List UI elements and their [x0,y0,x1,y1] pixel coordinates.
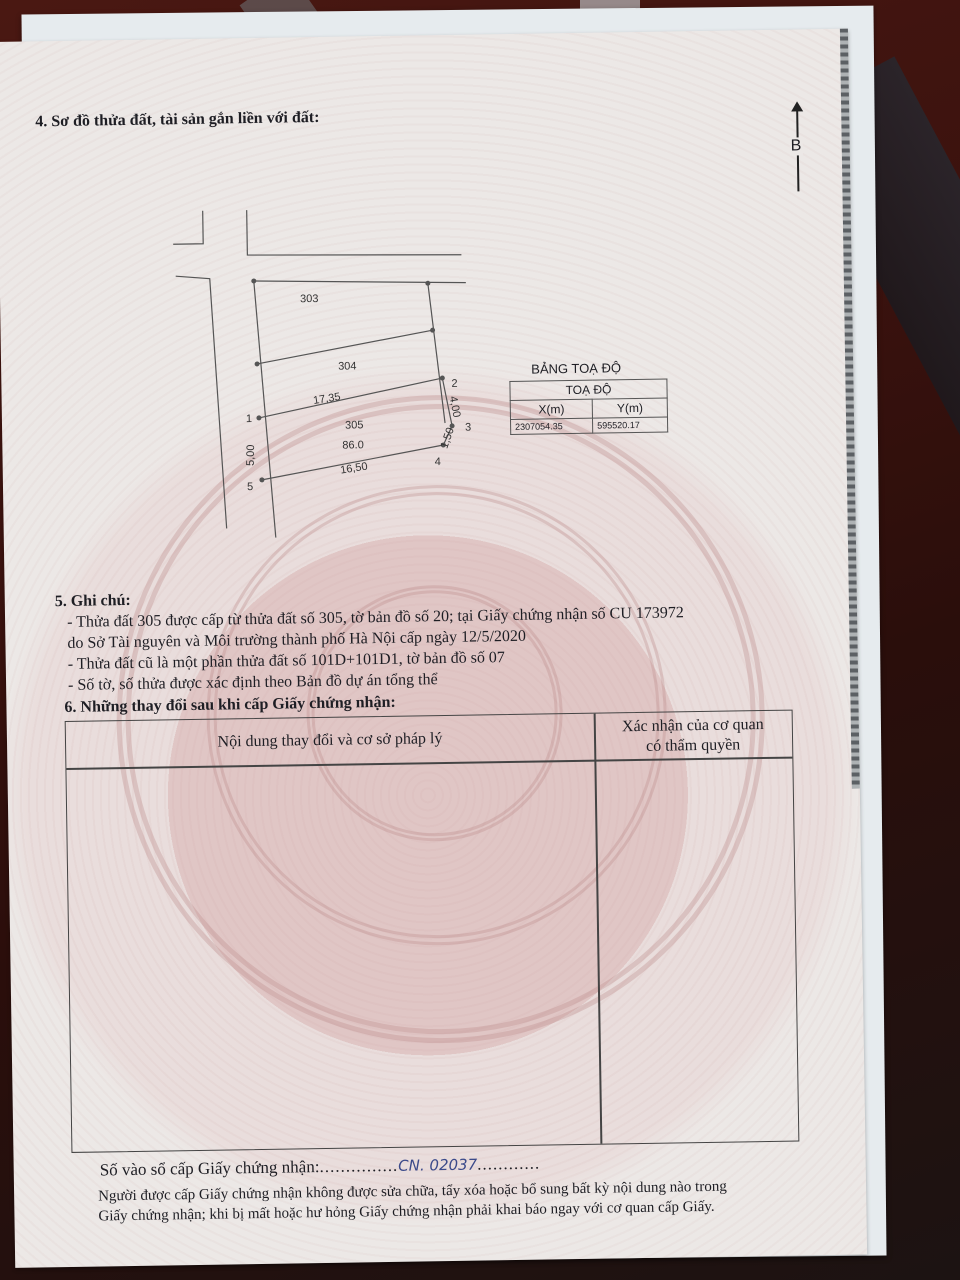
table-row: 2307054.35 595520.17 [510,417,667,434]
svg-text:5: 5 [247,481,253,493]
svg-text:3: 3 [465,422,471,434]
column-header-y: Y(m) [592,398,667,418]
svg-text:2: 2 [451,378,457,390]
cell-x: 2307054.35 [510,418,592,434]
changes-column-confirmation: Xác nhận của cơ quan có thẩm quyền [594,715,793,758]
cell-y: 595520.17 [593,417,668,433]
section6-title: 6. Những thay đổi sau khi cấp Giấy chứng… [64,694,396,717]
registration-number: Số vào sổ cấp Giấy chứng nhận:..........… [100,1154,541,1181]
svg-text:4: 4 [435,456,441,468]
parcel-diagram: 303 304 305 86.0 1 2 3 4 5 17,35 4,00 1,… [158,174,504,539]
coordinate-group-header: TOẠ ĐỘ [510,379,667,400]
svg-text:1: 1 [246,413,252,425]
svg-text:4,00: 4,00 [447,395,463,418]
changes-table: Nội dung thay đổi và cơ sở pháp lý Xác n… [65,710,800,1153]
svg-text:305: 305 [345,419,364,431]
certificate-page: 4. Sơ đồ thửa đất, tài sản gắn liền với … [0,29,867,1268]
north-label: B [790,137,803,155]
svg-text:16,50: 16,50 [339,460,368,476]
svg-text:303: 303 [300,293,319,305]
svg-text:5,00: 5,00 [245,444,257,466]
coordinate-table: BẢNG TOẠ ĐỘ TOẠ ĐỘ X(m) Y(m) 2307054.35 … [509,359,680,435]
svg-text:86.0: 86.0 [342,439,364,451]
svg-text:304: 304 [338,360,357,372]
coordinate-table-title: BẢNG TOẠ ĐỘ [531,359,679,376]
section4-title: 4. Sơ đồ thửa đất, tài sản gắn liền với … [35,109,320,131]
registration-value: CN. 02037 [398,1156,477,1175]
warning-text: Người được cấp Giấy chứng nhận không đượ… [98,1175,819,1226]
changes-column-content: Nội dung thay đổi và cơ sở pháp lý [66,728,594,754]
section5-notes: 5. Ghi chú: - Thửa đất 305 được cấp từ t… [55,579,817,696]
column-header-x: X(m) [510,399,592,419]
svg-text:17,35: 17,35 [312,391,341,407]
registration-label: Số vào sổ cấp Giấy chứng nhận: [100,1157,320,1179]
north-arrow-icon: B [787,101,808,191]
svg-text:1,50: 1,50 [438,426,456,450]
